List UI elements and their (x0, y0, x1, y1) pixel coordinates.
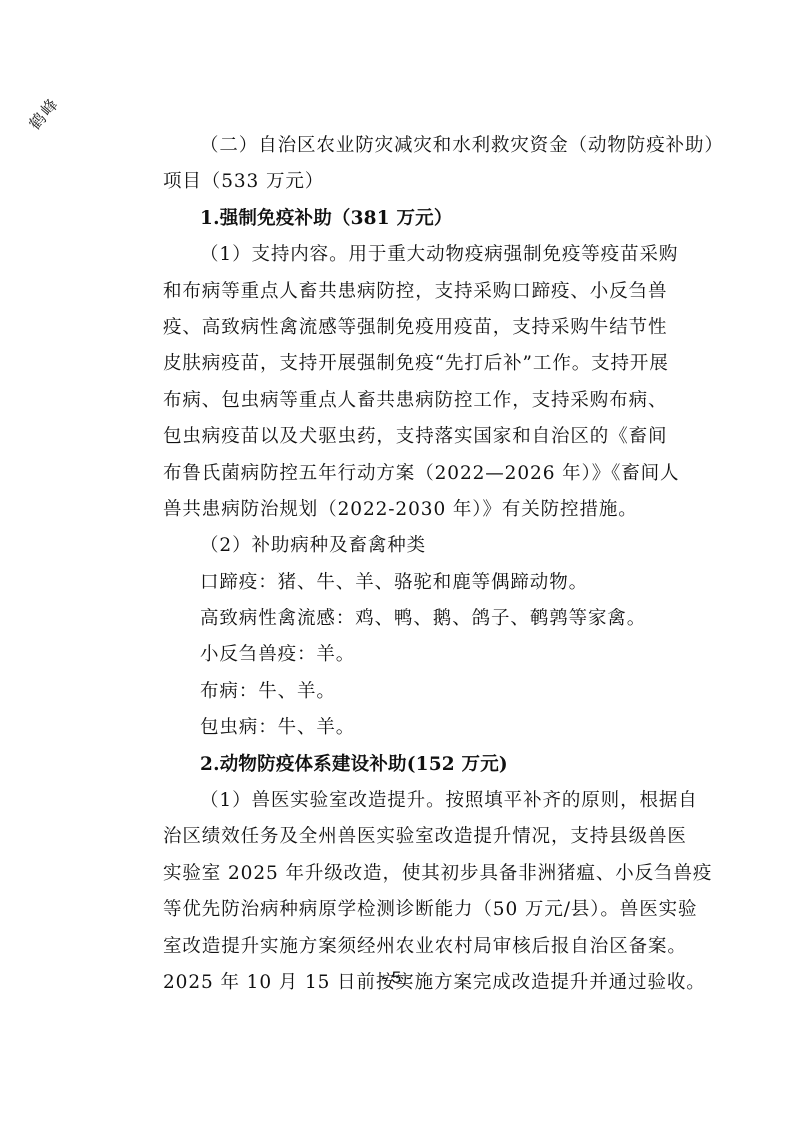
document-body: （二）自治区农业防灾减灾和水利救灾资金（动物防疫补助） 项目（533 万元） 1… (163, 128, 647, 1001)
paragraph-line: 和布病等重点人畜共患病防控，支持采购口蹄疫、小反刍兽 (163, 274, 647, 310)
page-number: - 5 - (0, 968, 793, 988)
paragraph-line: （1）兽医实验室改造提升。按照填平补齐的原则，根据自 (163, 783, 647, 819)
disease-item: 布病：牛、羊。 (163, 674, 647, 710)
paragraph-line: 疫、高致病性禽流感等强制免疫用疫苗，支持采购牛结节性 (163, 310, 647, 346)
section-heading-line1: （二）自治区农业防灾减灾和水利救灾资金（动物防疫补助） (163, 128, 647, 164)
paragraph-subtitle: （2）补助病种及畜禽种类 (163, 528, 647, 564)
paragraph-line: （1）支持内容。用于重大动物疫病强制免疫等疫苗采购 (163, 237, 647, 273)
paragraph-line: 治区绩效任务及全州兽医实验室改造提升情况，支持县级兽医 (163, 819, 647, 855)
paragraph-line: 等优先防治病种病原学检测诊断能力（50 万元/县）。兽医实验 (163, 892, 647, 928)
seal-mark: 鹤峰 (26, 84, 104, 161)
paragraph-line: 兽共患病防治规划（2022-2030 年）》有关防控措施。 (163, 492, 647, 528)
disease-item: 口蹄疫：猪、牛、羊、骆驼和鹿等偶蹄动物。 (163, 565, 647, 601)
paragraph-line: 布鲁氏菌病防控五年行动方案（2022—2026 年）》《畜间人 (163, 456, 647, 492)
disease-item: 高致病性禽流感：鸡、鸭、鹅、鸽子、鹌鹑等家禽。 (163, 601, 647, 637)
subsection-title-1: 1.强制免疫补助（381 万元） (163, 201, 647, 237)
section-heading-line2: 项目（533 万元） (163, 164, 647, 200)
paragraph-line: 包虫病疫苗以及犬驱虫药，支持落实国家和自治区的《畜间 (163, 419, 647, 455)
disease-item: 包虫病：牛、羊。 (163, 710, 647, 746)
paragraph-line: 布病、包虫病等重点人畜共患病防控工作，支持采购布病、 (163, 383, 647, 419)
paragraph-line: 皮肤病疫苗，支持开展强制免疫“先打后补”工作。支持开展 (163, 346, 647, 382)
paragraph-line: 实验室 2025 年升级改造，使其初步具备非洲猪瘟、小反刍兽疫 (163, 856, 647, 892)
disease-item: 小反刍兽疫：羊。 (163, 637, 647, 673)
paragraph-line: 室改造提升实施方案须经州农业农村局审核后报自治区备案。 (163, 929, 647, 965)
subsection-title-2: 2.动物防疫体系建设补助(152 万元) (163, 747, 647, 783)
